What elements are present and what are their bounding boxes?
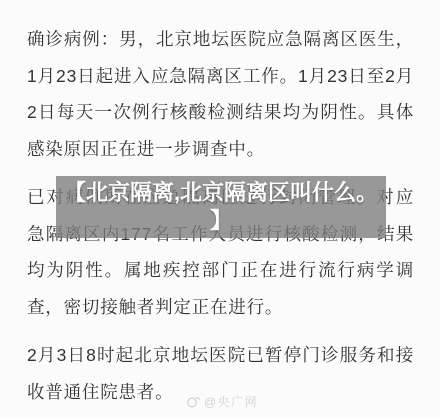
overlay-title-line-2: 】 bbox=[210, 207, 232, 235]
news-text-image: 确诊病例：男，北京地坛医院应急隔离区医生，1月23日起进入应急隔离区工作。1月2… bbox=[0, 0, 440, 418]
seo-title-overlay: 【北京隔离,北京隔离区叫什么。 】 bbox=[56, 176, 386, 238]
watermark: @央广网 bbox=[186, 393, 258, 410]
overlay-title-line-1: 【北京隔离,北京隔离区叫什么。 bbox=[64, 179, 378, 207]
text-line: 感染原因正在进一步调查中。 bbox=[27, 131, 414, 168]
text-line: 查，密切接触者判定正在进行。 bbox=[27, 289, 414, 326]
watermark-logo-icon bbox=[186, 395, 201, 409]
text-line: 1月23日起进入应急隔离区工作。1月23日至2月 bbox=[27, 58, 414, 95]
text-line: 均为阴性。属地疾控部门正在进行流行病学调 bbox=[27, 252, 414, 289]
text-line: 2月3日8时起北京地坛医院已暂停门诊服务和接 bbox=[27, 337, 414, 374]
watermark-text: @央广网 bbox=[204, 393, 258, 410]
text-line: 2日每天一次例行核酸检测结果均为阴性。具体 bbox=[27, 94, 414, 131]
paragraph: 确诊病例：男，北京地坛医院应急隔离区医生，1月23日起进入应急隔离区工作。1月2… bbox=[27, 21, 414, 167]
text-line: 确诊病例：男，北京地坛医院应急隔离区医生， bbox=[27, 21, 414, 58]
